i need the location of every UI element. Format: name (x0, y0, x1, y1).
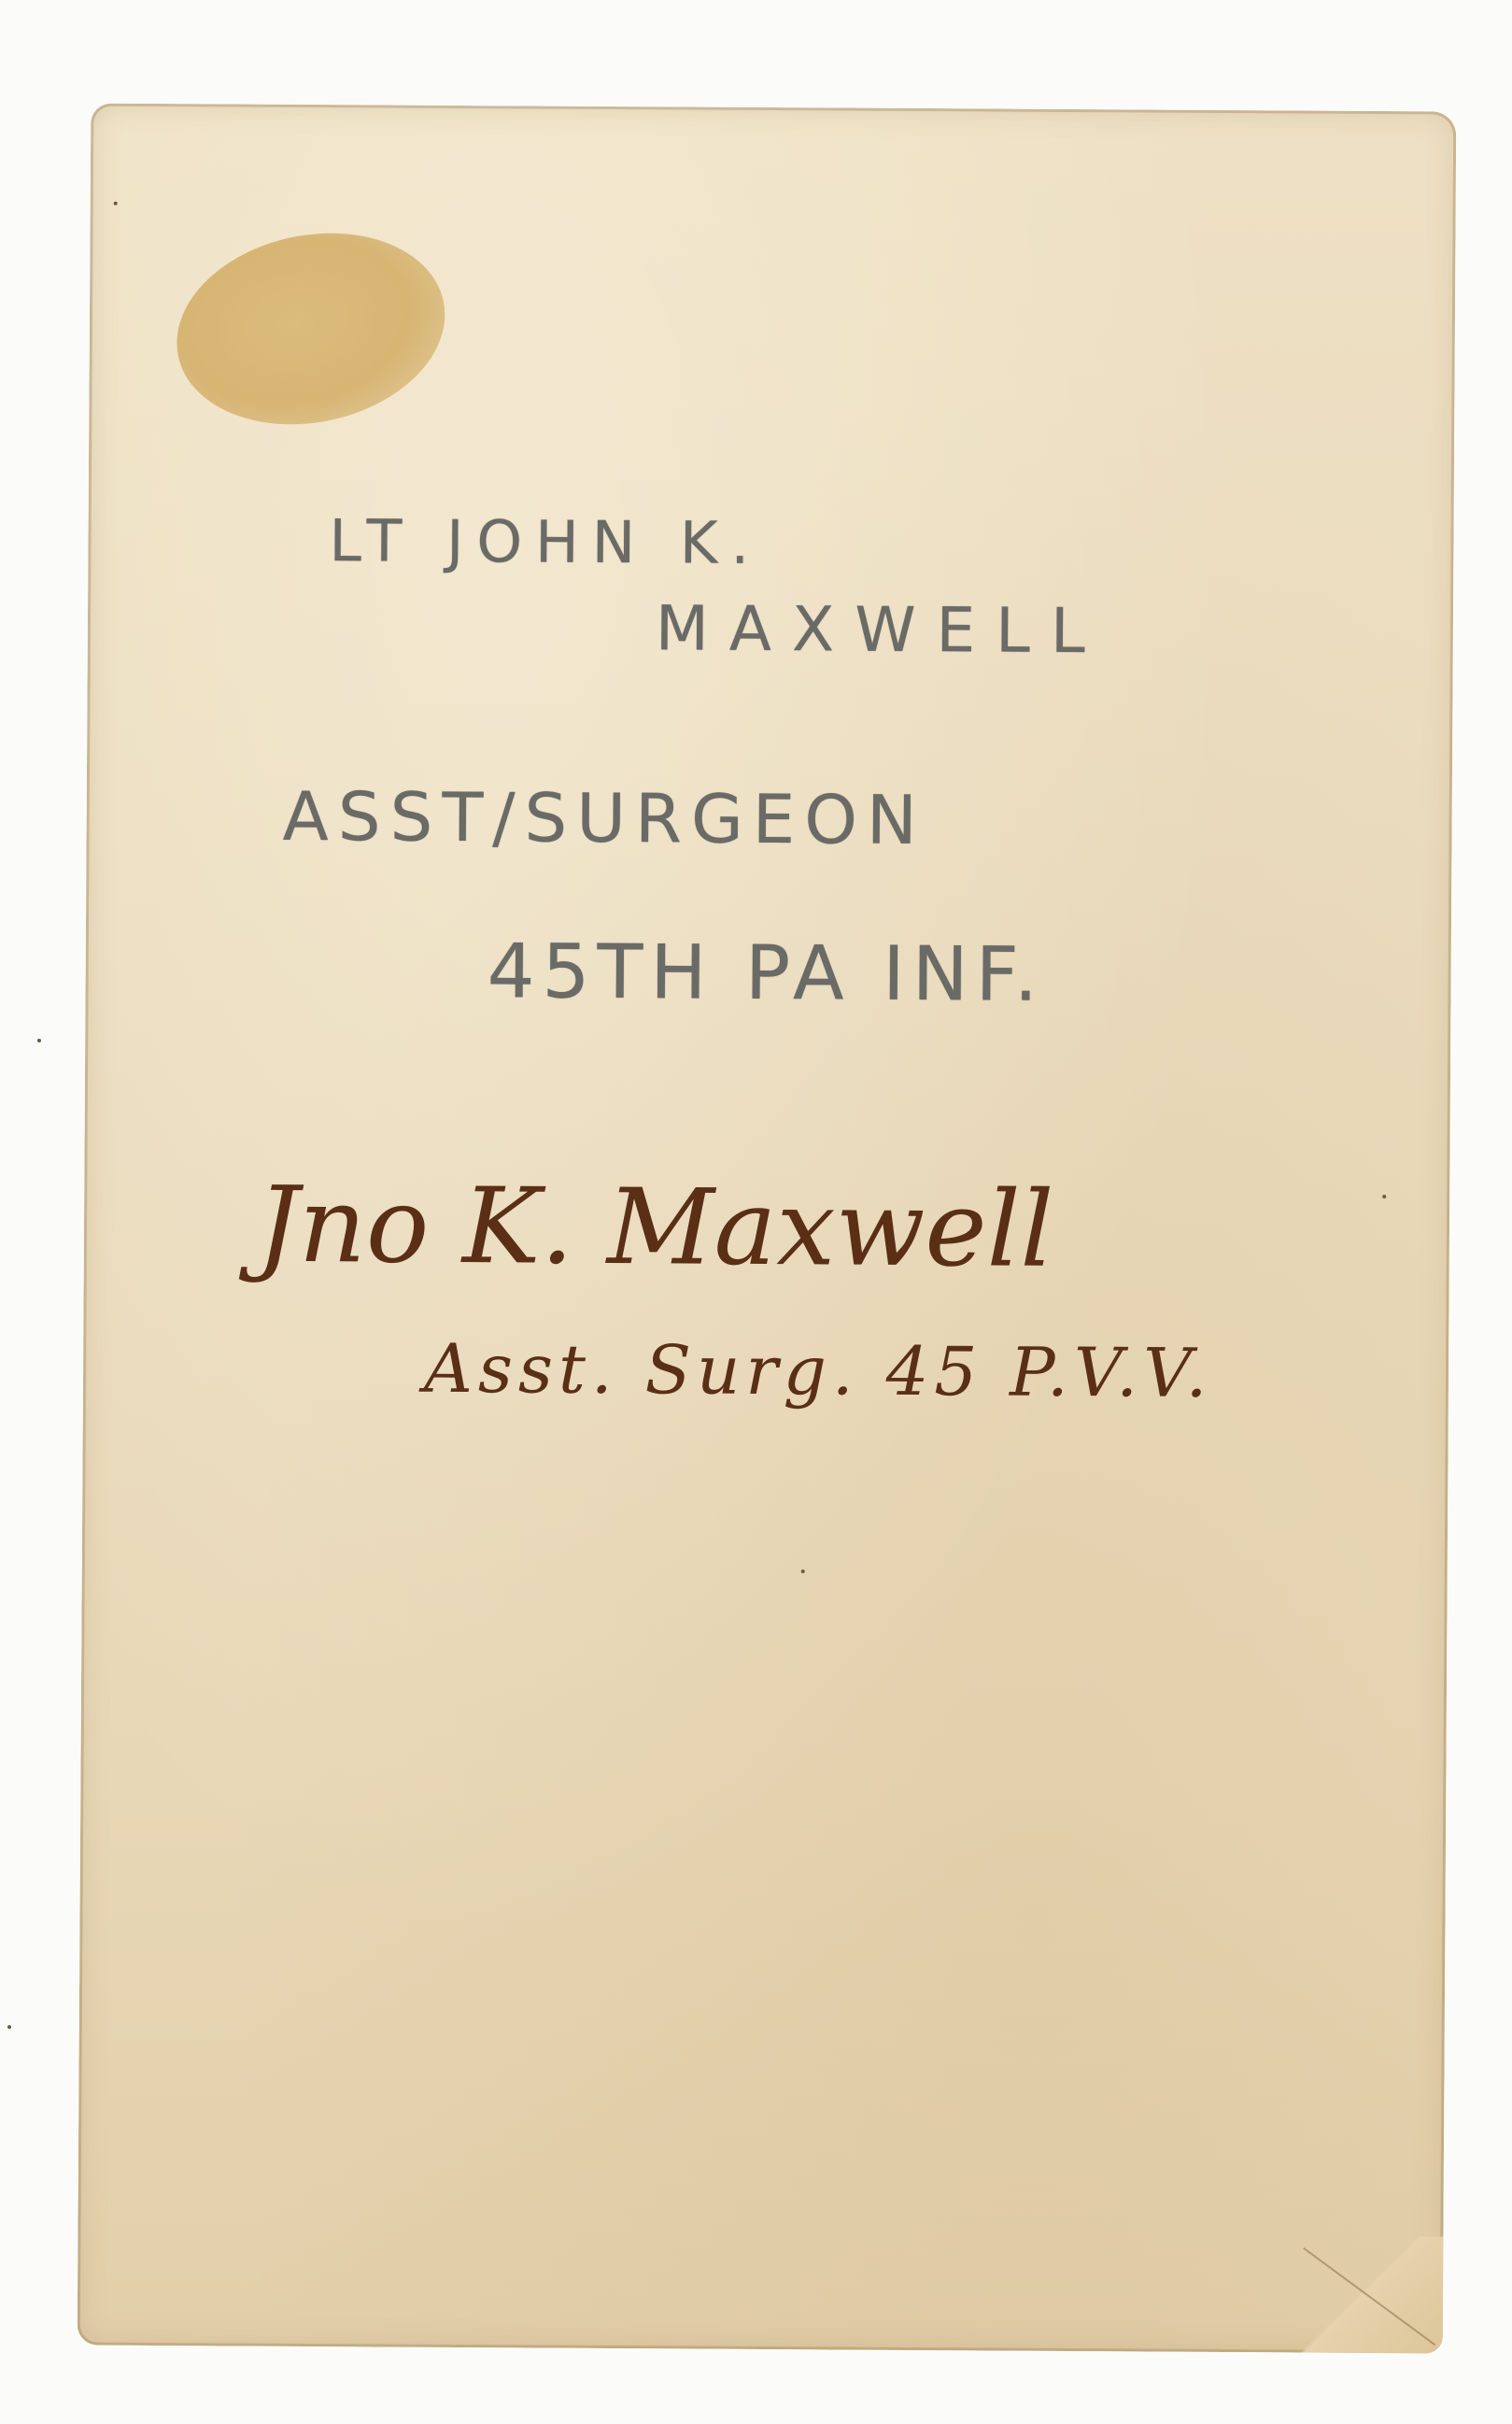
pencil-line-position: ASST/SURGEON (282, 777, 926, 859)
speck (1382, 1195, 1386, 1198)
pencil-line-surname: MAXWELL (656, 592, 1106, 667)
stain-mark (160, 210, 462, 447)
ink-title: Asst. Surg. 45 P.V.V. (424, 1329, 1213, 1412)
speck (801, 1569, 805, 1573)
speck (7, 2025, 11, 2029)
folded-corner (1284, 2235, 1444, 2353)
speck (37, 1039, 41, 1042)
pencil-line-regiment: 45TH PA INF. (487, 928, 1045, 1018)
pencil-line-rank-name: LT JOHN K. (329, 506, 762, 577)
speck (114, 202, 118, 206)
card-back: LT JOHN K. MAXWELL ASST/SURGEON 45TH PA … (78, 104, 1457, 2354)
ink-signature: Jno K. Maxwell (257, 1165, 1054, 1291)
